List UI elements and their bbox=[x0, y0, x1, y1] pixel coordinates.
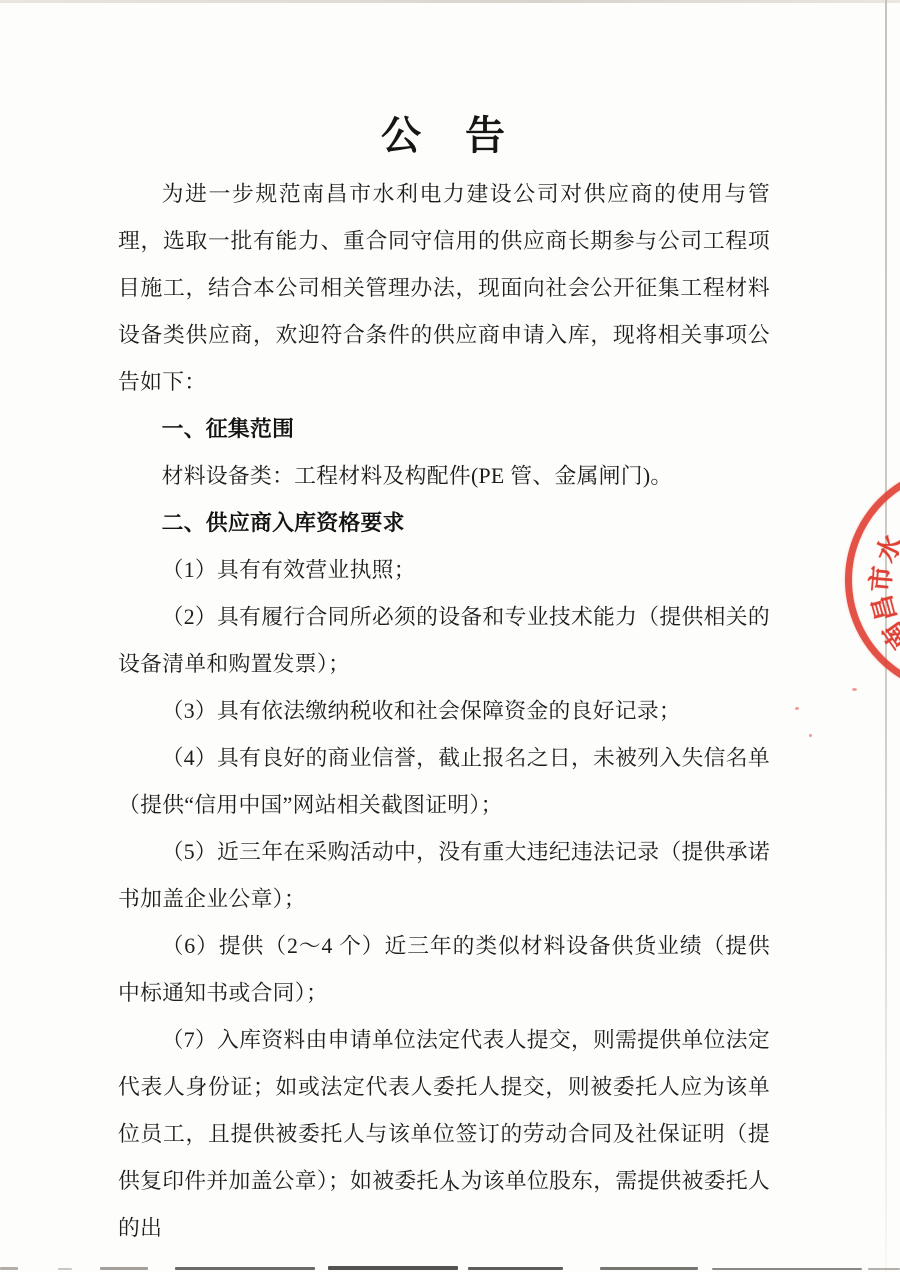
document-content: 公 告 为进一步规范南昌市水利电力建设公司对供应商的使用与管理，选取一批有能力、… bbox=[118, 0, 770, 1252]
page-number: 1 bbox=[0, 1176, 900, 1196]
seal-character: 水 bbox=[873, 532, 900, 567]
seal-ink-speck bbox=[795, 707, 799, 710]
document-title: 公 告 bbox=[118, 104, 770, 161]
seal-ink-speck bbox=[852, 688, 857, 691]
requirement-item-3: （3）具有依法缴纳税收和社会保障资金的良好记录； bbox=[118, 688, 770, 735]
seal-character: 南 bbox=[879, 617, 900, 653]
requirement-item-7: （7）入库资料由申请单位法定代表人提交，则需提供单位法定代表人身份证；如或法定代… bbox=[118, 1017, 770, 1252]
requirement-item-4: （4）具有良好的商业信誉，截止报名之日，未被列入失信名单（提供“信用中国”网站相… bbox=[118, 735, 770, 829]
section-2-heading: 二、供应商入库资格要求 bbox=[118, 500, 770, 547]
requirement-item-1: （1）具有有效营业执照； bbox=[118, 547, 770, 594]
scan-bottom-edge-artifacts bbox=[0, 1264, 900, 1272]
seal-character: 市 bbox=[868, 565, 896, 593]
requirement-item-6: （6）提供（2～4 个）近三年的类似材料设备供货业绩（提供中标通知书或合同）； bbox=[118, 923, 770, 1017]
seal-ink-speck bbox=[809, 734, 812, 737]
section-1-heading: 一、征集范围 bbox=[118, 406, 770, 453]
section-1-body: 材料设备类：工程材料及构配件(PE 管、金属闸门)。 bbox=[118, 453, 770, 500]
requirement-item-2: （2）具有履行合同所必须的设备和专业技术能力（提供相关的设备清单和购置发票）； bbox=[118, 594, 770, 688]
requirement-item-5: （5）近三年在采购活动中，没有重大违纪违法记录（提供承诺书加盖企业公章）； bbox=[118, 829, 770, 923]
intro-paragraph: 为进一步规范南昌市水利电力建设公司对供应商的使用与管理，选取一批有能力、重合同守… bbox=[118, 171, 770, 406]
scanned-document-page: 公 告 为进一步规范南昌市水利电力建设公司对供应商的使用与管理，选取一批有能力、… bbox=[0, 0, 900, 1272]
red-official-seal: 水 市 昌 南 bbox=[845, 465, 900, 695]
